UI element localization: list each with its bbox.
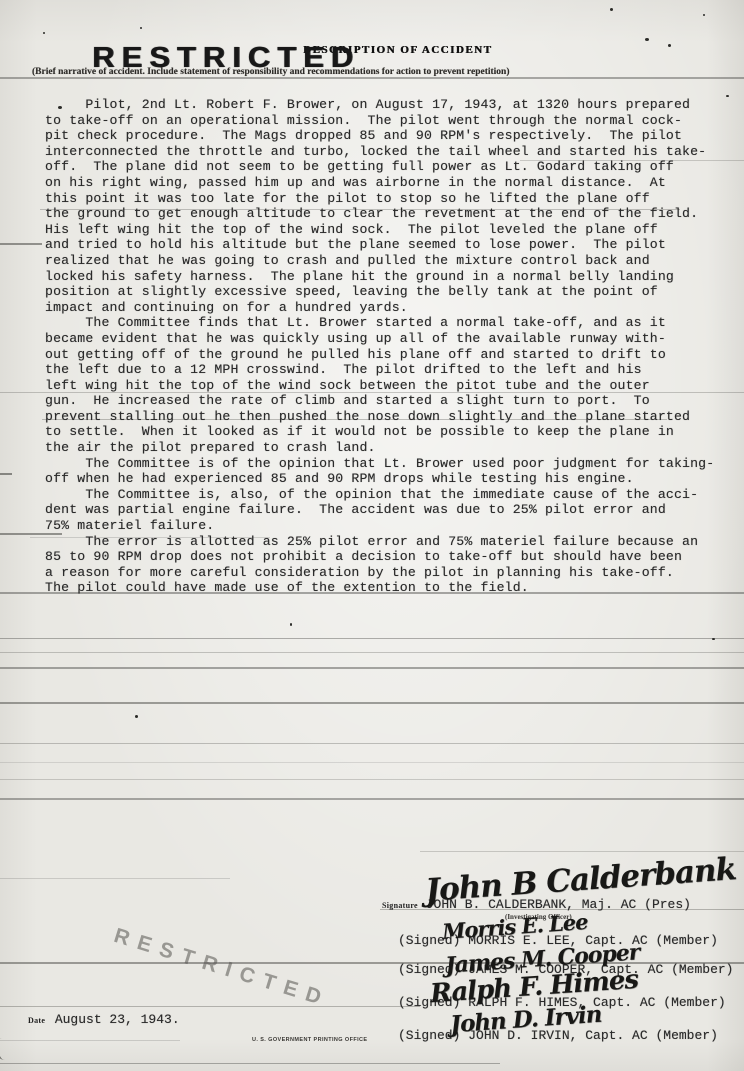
narrative-paragraph: Pilot, 2nd Lt. Robert F. Brower, on Augu… [45,97,721,315]
noise-speck [43,32,45,34]
date-value: August 23, 1943. [55,1012,180,1027]
scan-line [420,851,744,852]
scan-line [0,473,12,475]
date-line: Date August 23, 1943. [28,1010,180,1028]
scanned-document-page: RESTRICTED DESCRIPTION OF ACCIDENT (Brie… [0,0,744,1071]
date-label: Date [28,1016,45,1025]
noise-speck [610,8,613,11]
narrative-paragraph: The Committee finds that Lt. Brower star… [45,315,721,455]
noise-speck [290,623,292,626]
narrative-paragraph: The Committee is of the opinion that Lt.… [45,456,721,487]
narrative-paragraph: The Committee is, also, of the opinion t… [45,487,721,534]
noise-speck [135,715,138,718]
printing-office-note: U. S. GOVERNMENT PRINTING OFFICE [252,1037,367,1043]
scan-line [0,878,230,879]
scan-line [0,1006,420,1007]
scan-line [0,1040,180,1041]
scan-line [0,667,744,669]
scan-line [0,77,744,79]
noise-speck [703,14,705,16]
signature-label: Signature [382,901,418,910]
scan-line [0,702,744,704]
scan-line [0,798,744,800]
scan-line [0,243,42,245]
noise-speck [712,638,715,640]
scan-line [0,743,744,744]
noise-speck [726,95,729,97]
noise-speck [645,38,649,41]
diagonal-restricted-stamp: RESTRICTED [111,924,332,1012]
noise-speck [668,44,671,47]
noise-speck [140,27,142,29]
scan-line [0,1063,500,1064]
scan-line [0,779,744,780]
classification-stamp: RESTRICTED [92,41,360,74]
scan-line [0,762,744,763]
narrative-body: Pilot, 2nd Lt. Robert F. Brower, on Augu… [45,97,721,596]
narrative-paragraph: The error is allotted as 25% pilot error… [45,534,721,596]
scan-line [0,652,744,653]
scan-line [0,638,744,639]
